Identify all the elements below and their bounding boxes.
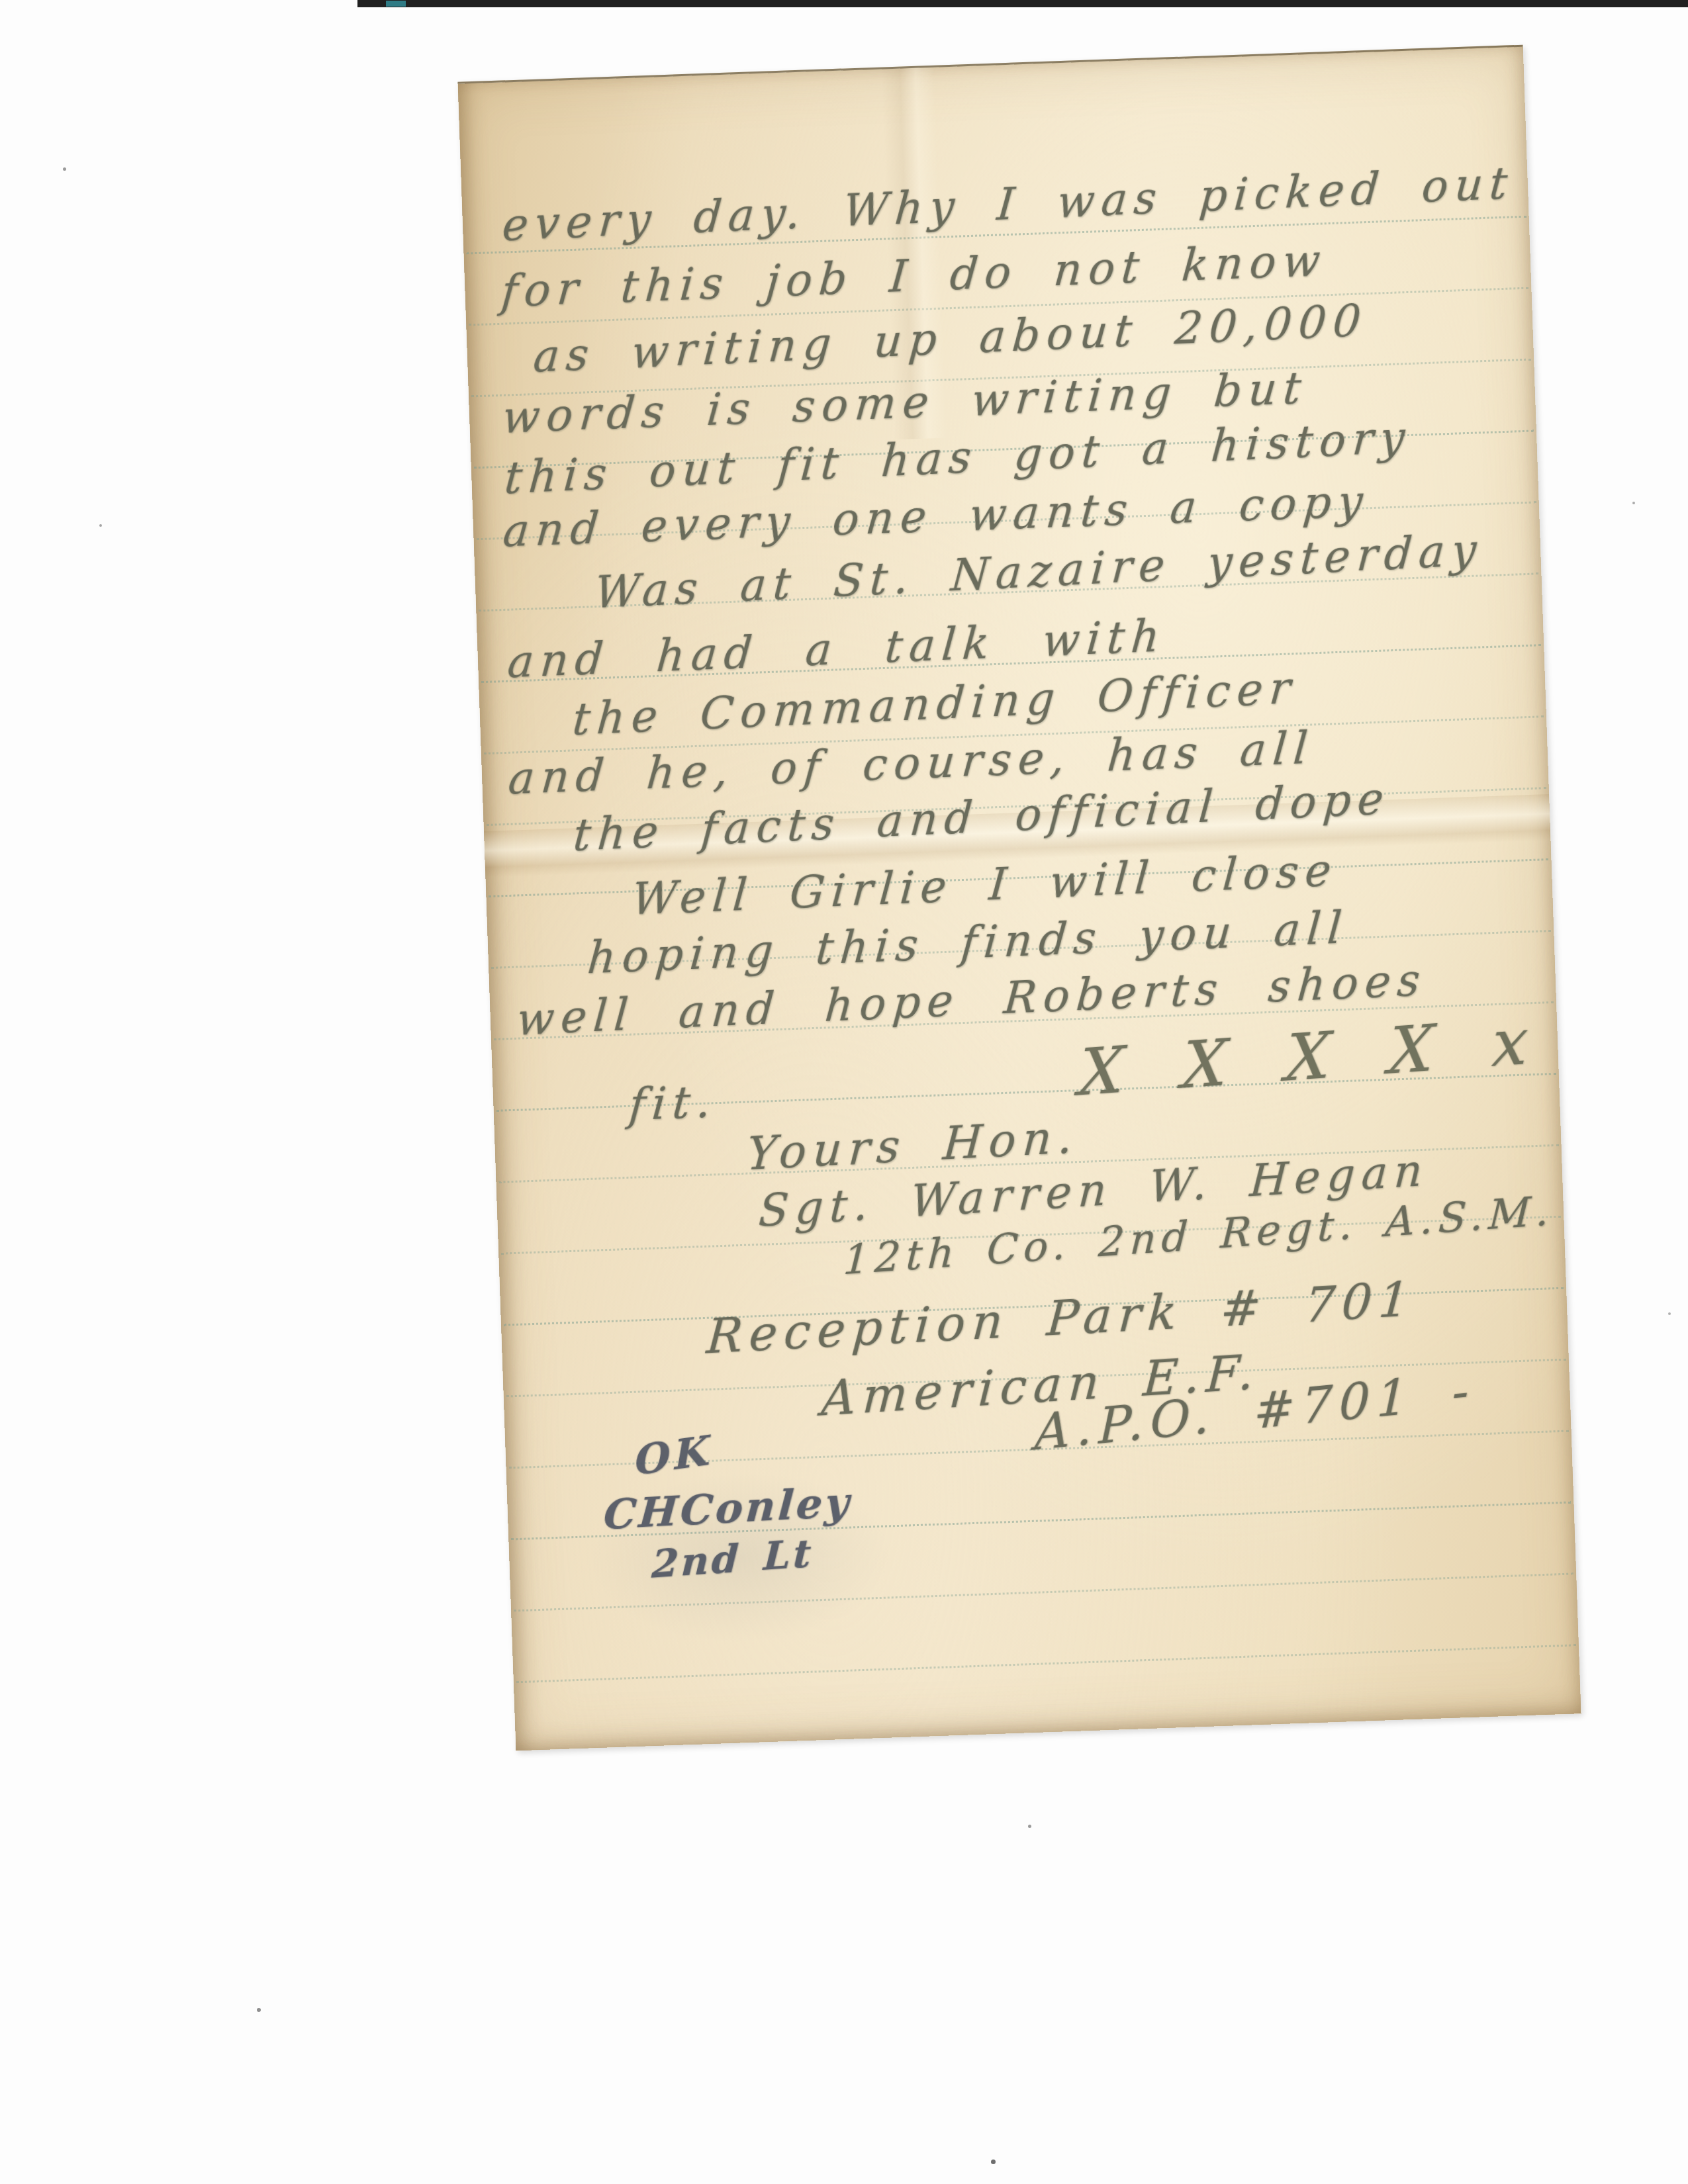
dust-speck	[99, 524, 102, 527]
scanner-edge-accent	[386, 1, 406, 7]
dust-speck	[257, 2008, 261, 2012]
dust-speck	[1632, 502, 1635, 504]
ruled-line	[516, 1644, 1576, 1683]
scanned-letter-page: every day. Why I was picked outfor this …	[0, 0, 1688, 2184]
body-line-1: every day. Why I was picked out	[500, 158, 1516, 251]
handwriting-layer: every day. Why I was picked outfor this …	[458, 47, 1523, 84]
dust-speck	[1668, 1312, 1671, 1315]
ruled-lines	[458, 47, 1523, 84]
dust-speck	[63, 167, 66, 171]
dust-speck	[991, 2160, 996, 2164]
dust-speck	[1028, 1825, 1031, 1828]
address-line-1: Reception Park # 701	[705, 1271, 1418, 1365]
letter-page: every day. Why I was picked outfor this …	[457, 45, 1581, 1751]
scanner-edge-artifact	[357, 0, 1688, 7]
fit-line: fit.	[627, 1076, 719, 1131]
